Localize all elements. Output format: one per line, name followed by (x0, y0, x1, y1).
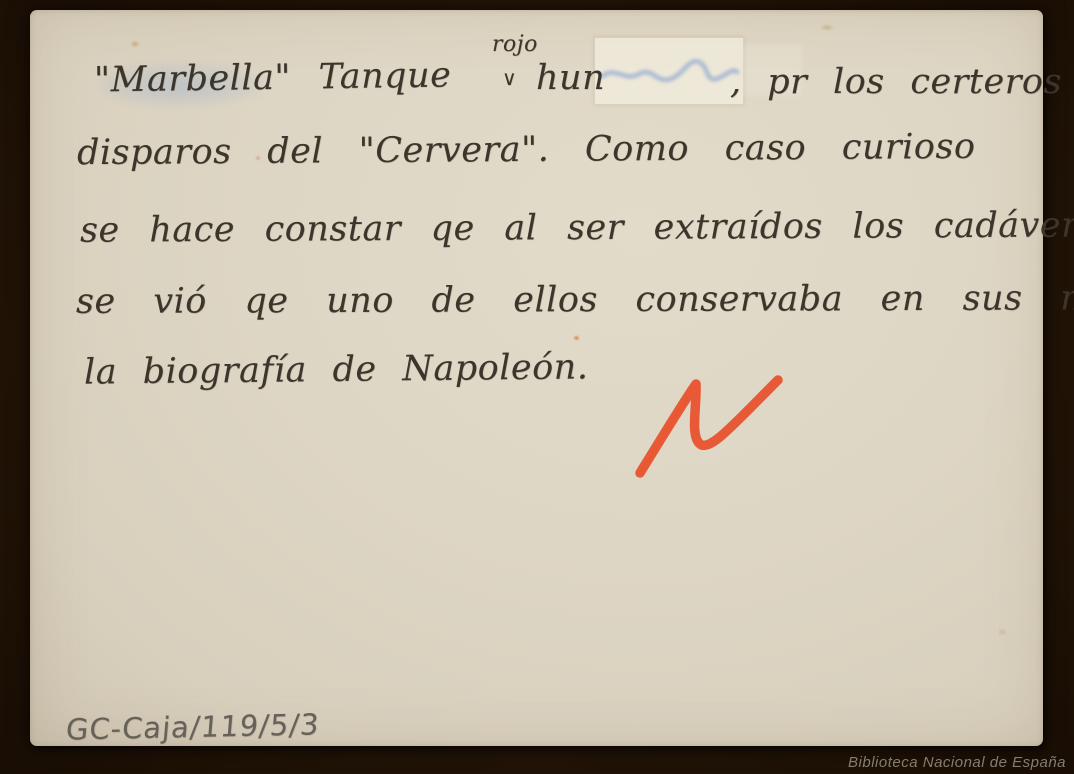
stain-spot (998, 628, 1007, 636)
inserted-word-rojo: rojo (492, 32, 538, 57)
note-line-2: disparos del "Cervera". Como caso curios… (77, 127, 976, 173)
caret-insertion-mark: ∨ (502, 66, 517, 90)
red-n-mark-glyph: N (798, 370, 799, 371)
stain-spot (820, 24, 834, 31)
bne-watermark: Biblioteca Nacional de España (848, 754, 1066, 771)
note-line-1-covered-word: hun (536, 58, 605, 98)
photo-backdrop: "Marbella" Tanque rojo ∨ hun , pr los ce… (0, 0, 1074, 774)
photo-card: "Marbella" Tanque rojo ∨ hun , pr los ce… (30, 10, 1043, 746)
note-line-1-start: "Marbella" Tanque (94, 56, 452, 101)
note-line-1-end: , pr los certeros (730, 62, 1062, 102)
catalog-number: GC-Caja/119/5/3 (65, 707, 321, 746)
red-n-mark: N (630, 370, 798, 486)
red-n-mark-icon (630, 370, 798, 486)
stain-spot (130, 40, 140, 48)
erased-blue-writing-icon (595, 38, 743, 104)
stain-spot (573, 335, 580, 341)
label-residue (594, 37, 744, 105)
note-line-4: se vió qe uno de ellos conservaba en sus… (76, 278, 1074, 322)
note-line-5: la biografía de Napoleón. (84, 347, 589, 392)
note-line-3: se hace constar qe al ser extraídos los … (80, 205, 1074, 250)
